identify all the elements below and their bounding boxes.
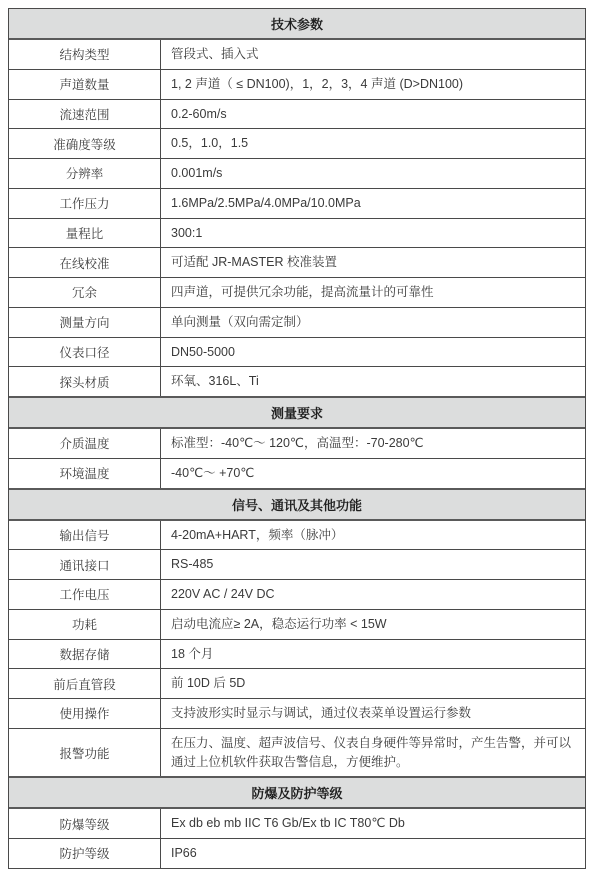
row-value: 标准型：-40℃～ 120℃，高温型：-70-280℃ <box>161 429 585 458</box>
table-row: 冗余四声道，可提供冗余功能，提高流量计的可靠性 <box>9 277 585 307</box>
row-label: 冗余 <box>9 278 161 307</box>
table-row: 报警功能在压力、温度、超声波信号、仪表自身硬件等异常时，产生告警，并可以通过上位… <box>9 728 585 777</box>
row-label: 探头材质 <box>9 367 161 396</box>
row-value: -40℃～ +70℃ <box>161 459 585 488</box>
row-label: 测量方向 <box>9 308 161 337</box>
row-value: 四声道，可提供冗余功能，提高流量计的可靠性 <box>161 278 585 307</box>
section-header: 防爆及防护等级 <box>9 776 585 809</box>
table-row: 使用操作支持波形实时显示与调试，通过仪表菜单设置运行参数 <box>9 698 585 728</box>
row-value: 0.001m/s <box>161 159 585 188</box>
row-label: 分辨率 <box>9 159 161 188</box>
row-value: 1.6MPa/2.5MPa/4.0MPa/10.0MPa <box>161 189 585 218</box>
table-row: 测量方向单向测量（双向需定制） <box>9 307 585 337</box>
table-row: 准确度等级0.5，1.0，1.5 <box>9 128 585 158</box>
row-value: 0.2-60m/s <box>161 100 585 129</box>
row-label: 流速范围 <box>9 100 161 129</box>
row-label: 输出信号 <box>9 521 161 550</box>
row-label: 准确度等级 <box>9 129 161 158</box>
row-label: 介质温度 <box>9 429 161 458</box>
table-row: 工作电压220V AC / 24V DC <box>9 579 585 609</box>
section-header: 技术参数 <box>9 9 585 40</box>
row-label: 报警功能 <box>9 729 161 777</box>
row-label: 防爆等级 <box>9 809 161 838</box>
page: 技术参数结构类型管段式、插入式声道数量1, 2 声道（ ≤ DN100)，1，2… <box>0 0 596 877</box>
row-label: 工作压力 <box>9 189 161 218</box>
table-row: 通讯接口RS-485 <box>9 549 585 579</box>
row-value: DN50-5000 <box>161 338 585 367</box>
row-value: Ex db eb mb IIC T6 Gb/Ex tb IC T80℃ Db <box>161 809 585 838</box>
row-value: 18 个月 <box>161 640 585 669</box>
table-row: 结构类型管段式、插入式 <box>9 40 585 69</box>
row-label: 数据存储 <box>9 640 161 669</box>
row-value: 前 10D 后 5D <box>161 669 585 698</box>
row-label: 在线校准 <box>9 248 161 277</box>
table-row: 前后直管段前 10D 后 5D <box>9 668 585 698</box>
section-header: 信号、通讯及其他功能 <box>9 488 585 521</box>
row-label: 结构类型 <box>9 40 161 69</box>
row-value: 可适配 JR-MASTER 校准装置 <box>161 248 585 277</box>
table-row: 声道数量1, 2 声道（ ≤ DN100)，1，2，3，4 声道 (D>DN10… <box>9 69 585 99</box>
row-value: 1, 2 声道（ ≤ DN100)，1，2，3，4 声道 (D>DN100) <box>161 70 585 99</box>
section-header: 测量要求 <box>9 396 585 429</box>
row-label: 工作电压 <box>9 580 161 609</box>
table-row: 输出信号4-20mA+HART，频率（脉冲） <box>9 521 585 550</box>
table-row: 在线校准可适配 JR-MASTER 校准装置 <box>9 247 585 277</box>
row-label: 仪表口径 <box>9 338 161 367</box>
row-label: 前后直管段 <box>9 669 161 698</box>
row-value: 环氧、316L、Ti <box>161 367 585 396</box>
row-value: 0.5，1.0，1.5 <box>161 129 585 158</box>
row-label: 通讯接口 <box>9 550 161 579</box>
row-label: 使用操作 <box>9 699 161 728</box>
row-value: 220V AC / 24V DC <box>161 580 585 609</box>
table-row: 量程比300:1 <box>9 218 585 248</box>
table-row: 防护等级IP66 <box>9 838 585 868</box>
table-row: 介质温度标准型：-40℃～ 120℃，高温型：-70-280℃ <box>9 429 585 458</box>
row-value: IP66 <box>161 839 585 868</box>
row-label: 声道数量 <box>9 70 161 99</box>
table-row: 分辨率0.001m/s <box>9 158 585 188</box>
row-label: 量程比 <box>9 219 161 248</box>
row-label: 防护等级 <box>9 839 161 868</box>
row-value: 4-20mA+HART，频率（脉冲） <box>161 521 585 550</box>
row-value: 单向测量（双向需定制） <box>161 308 585 337</box>
row-value: 在压力、温度、超声波信号、仪表自身硬件等异常时，产生告警，并可以通过上位机软件获… <box>161 729 585 777</box>
row-value: 300:1 <box>161 219 585 248</box>
row-label: 环境温度 <box>9 459 161 488</box>
spec-table: 技术参数结构类型管段式、插入式声道数量1, 2 声道（ ≤ DN100)，1，2… <box>8 8 586 869</box>
table-row: 防爆等级Ex db eb mb IIC T6 Gb/Ex tb IC T80℃ … <box>9 809 585 838</box>
table-row: 环境温度-40℃～ +70℃ <box>9 458 585 488</box>
table-row: 数据存储18 个月 <box>9 639 585 669</box>
row-value: 支持波形实时显示与调试，通过仪表菜单设置运行参数 <box>161 699 585 728</box>
row-label: 功耗 <box>9 610 161 639</box>
row-value: 启动电流应≥ 2A，稳态运行功率 < 15W <box>161 610 585 639</box>
table-row: 探头材质环氧、316L、Ti <box>9 366 585 396</box>
table-row: 流速范围0.2-60m/s <box>9 99 585 129</box>
row-value: RS-485 <box>161 550 585 579</box>
table-row: 功耗启动电流应≥ 2A，稳态运行功率 < 15W <box>9 609 585 639</box>
table-row: 工作压力1.6MPa/2.5MPa/4.0MPa/10.0MPa <box>9 188 585 218</box>
row-value: 管段式、插入式 <box>161 40 585 69</box>
table-row: 仪表口径DN50-5000 <box>9 337 585 367</box>
